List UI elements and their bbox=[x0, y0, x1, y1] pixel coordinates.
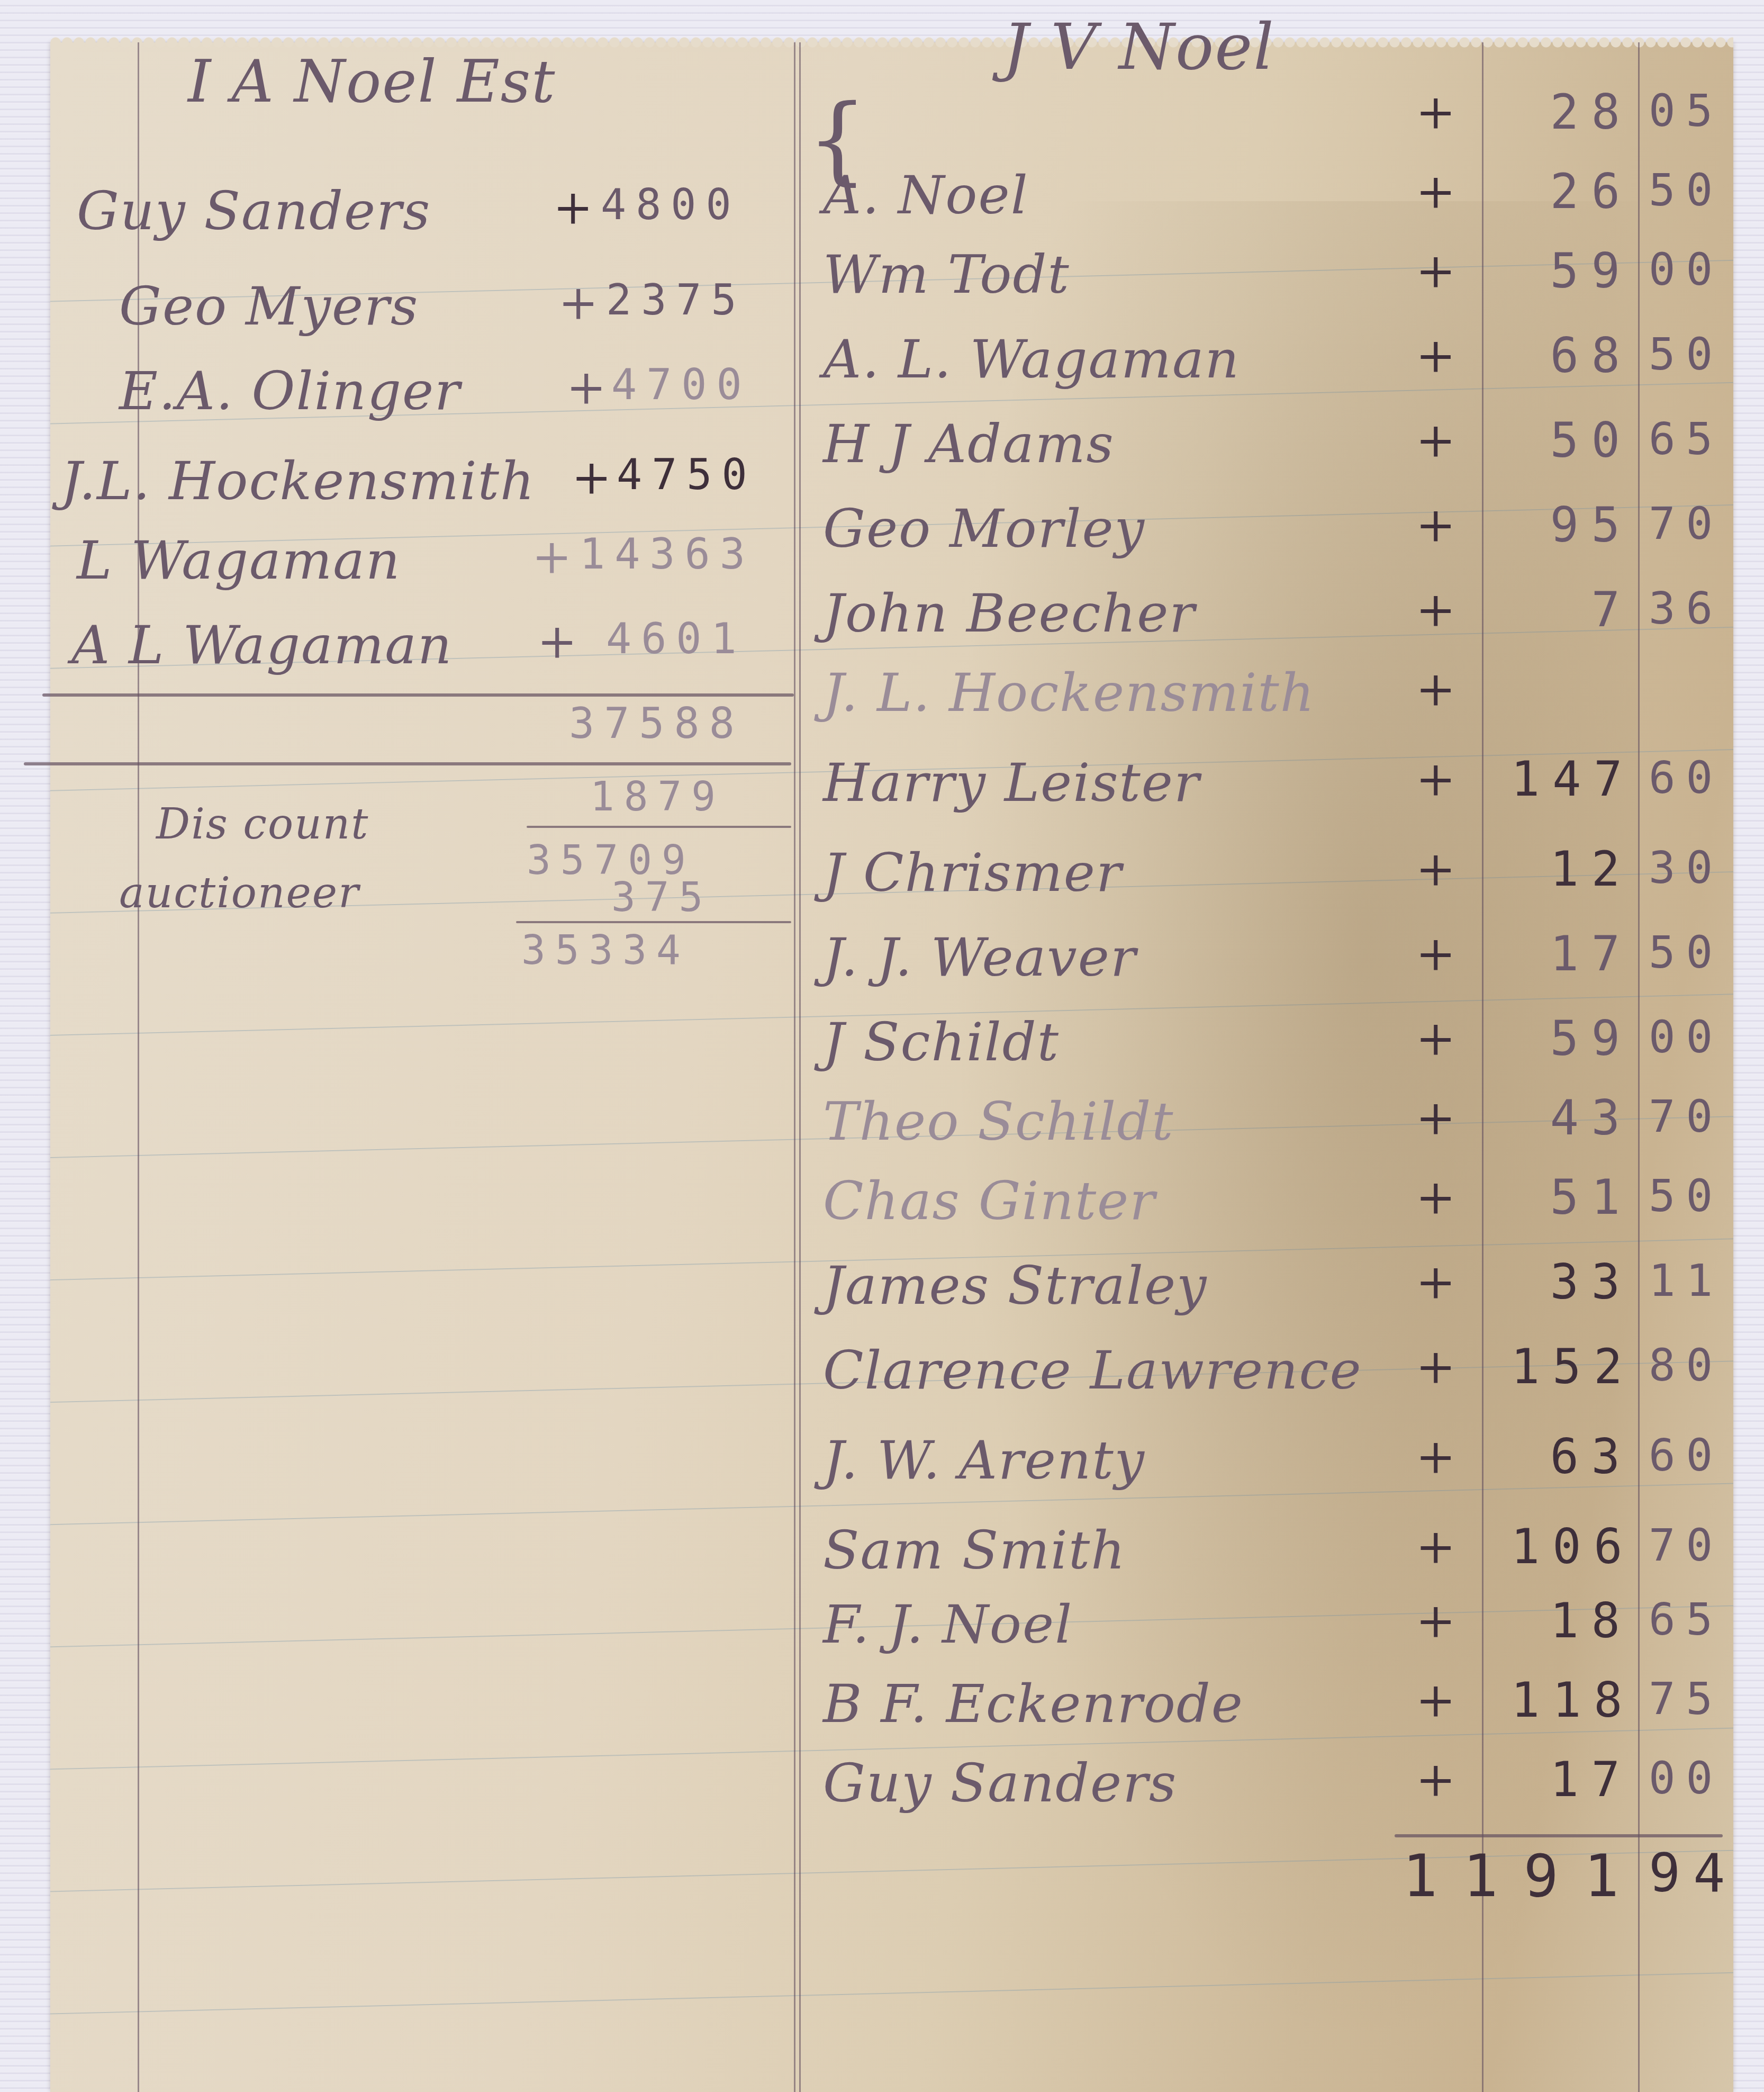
table-row: A. Noel+2650 bbox=[50, 164, 1733, 238]
entry-name: H J Adams bbox=[823, 413, 1115, 475]
right-heading: J V Noel bbox=[1003, 11, 1275, 84]
entry-cents: 70 bbox=[1649, 498, 1723, 549]
entry-cents: 75 bbox=[1649, 1673, 1723, 1725]
table-row: James Straley+3311 bbox=[50, 1255, 1733, 1329]
entry-name: A. L. Wagaman bbox=[823, 328, 1240, 390]
entry-name: J. J. Weaver bbox=[823, 926, 1137, 988]
table-row: J. L. Hockensmith+ bbox=[50, 662, 1733, 736]
table-row: J Chrismer+1230 bbox=[50, 842, 1733, 916]
entry-sign: + bbox=[1416, 85, 1457, 140]
entry-sign: + bbox=[1416, 1011, 1457, 1067]
entry-cents: 65 bbox=[1649, 1593, 1723, 1645]
entry-dollars: 18 bbox=[1511, 1593, 1633, 1649]
entry-sign: + bbox=[1416, 1593, 1457, 1649]
entry-sign: + bbox=[1416, 926, 1457, 982]
table-row: Geo Morley+9570 bbox=[50, 498, 1733, 572]
entry-name: Clarence Lawrence bbox=[823, 1339, 1362, 1401]
entry-dollars: 59 bbox=[1511, 244, 1633, 299]
entry-dollars: 7 bbox=[1511, 582, 1633, 638]
entry-cents: 70 bbox=[1649, 1090, 1723, 1142]
entry-sign: + bbox=[1416, 1090, 1457, 1146]
table-row: A. L. Wagaman+6850 bbox=[50, 328, 1733, 402]
entry-cents: 50 bbox=[1649, 1170, 1723, 1222]
total-dollars: 1191 bbox=[1403, 1842, 1644, 1910]
entry-sign: + bbox=[1416, 1752, 1457, 1808]
entry-cents: 36 bbox=[1649, 582, 1723, 634]
entry-dollars: 118 bbox=[1511, 1673, 1633, 1728]
entry-sign: + bbox=[1416, 752, 1457, 807]
entry-cents: 30 bbox=[1649, 842, 1723, 894]
entry-dollars: 33 bbox=[1511, 1255, 1633, 1310]
entry-name: James Straley bbox=[823, 1255, 1208, 1316]
entry-cents: 50 bbox=[1649, 926, 1723, 978]
entry-dollars: 63 bbox=[1511, 1429, 1633, 1485]
entry-sign: + bbox=[1416, 244, 1457, 299]
entry-name: Geo Morley bbox=[823, 498, 1145, 560]
entry-sign: + bbox=[1416, 164, 1457, 220]
entry-dollars: 43 bbox=[1511, 1090, 1633, 1146]
entry-cents: 11 bbox=[1649, 1255, 1723, 1306]
entry-cents: 80 bbox=[1649, 1339, 1723, 1391]
table-row: Sam Smith+10670 bbox=[50, 1519, 1733, 1593]
entry-name: Harry Leister bbox=[823, 752, 1200, 814]
entry-cents: 00 bbox=[1649, 1752, 1723, 1804]
entry-sign: + bbox=[1416, 1519, 1457, 1575]
entry-dollars: 59 bbox=[1511, 1011, 1633, 1067]
entry-sign: + bbox=[1416, 842, 1457, 897]
entry-cents: 70 bbox=[1649, 1519, 1723, 1571]
entry-dollars: 17 bbox=[1511, 1752, 1633, 1808]
entry-name: A. Noel bbox=[823, 164, 1029, 226]
total-cents: 94 bbox=[1649, 1842, 1738, 1904]
entry-sign: + bbox=[1416, 1429, 1457, 1485]
entry-sign: + bbox=[1416, 1170, 1457, 1225]
entry-name: J. W. Arenty bbox=[823, 1429, 1145, 1491]
entry-cents: 50 bbox=[1649, 328, 1723, 380]
entry-sign: + bbox=[1416, 498, 1457, 553]
table-row: F. J. Noel+1865 bbox=[50, 1593, 1733, 1667]
entry-name: Sam Smith bbox=[823, 1519, 1126, 1581]
entry-cents: 00 bbox=[1649, 1011, 1723, 1063]
entry-name: J Chrismer bbox=[823, 842, 1123, 904]
entry-dollars: 12 bbox=[1511, 842, 1633, 897]
entry-dollars: 152 bbox=[1511, 1339, 1633, 1395]
entry-cents: 05 bbox=[1649, 85, 1723, 137]
entry-dollars: 50 bbox=[1511, 413, 1633, 468]
entry-cents: 60 bbox=[1649, 752, 1723, 804]
entry-dollars: 28 bbox=[1511, 85, 1633, 140]
table-row: John Beecher+736 bbox=[50, 582, 1733, 656]
entry-name: J Schildt bbox=[823, 1011, 1060, 1073]
entry-name: Wm Todt bbox=[823, 244, 1070, 305]
entry-sign: + bbox=[1416, 662, 1457, 717]
table-row: J Schildt+5900 bbox=[50, 1011, 1733, 1085]
table-row: Theo Schildt+4370 bbox=[50, 1090, 1733, 1165]
entry-cents: 65 bbox=[1649, 413, 1723, 465]
entry-sign: + bbox=[1416, 1255, 1457, 1310]
ledger-page: I A Noel Est Guy Sanders + 4800 Geo Myer… bbox=[50, 42, 1733, 2092]
entry-dollars: 106 bbox=[1511, 1519, 1633, 1575]
table-row: B F. Eckenrode+11875 bbox=[50, 1673, 1733, 1747]
entry-dollars: 95 bbox=[1511, 498, 1633, 553]
table-row: Wm Todt+5900 bbox=[50, 244, 1733, 318]
entry-dollars: 51 bbox=[1511, 1170, 1633, 1225]
entry-sign: + bbox=[1416, 1673, 1457, 1728]
entry-name: Chas Ginter bbox=[823, 1170, 1156, 1232]
entry-sign: + bbox=[1416, 1339, 1457, 1395]
entry-cents: 60 bbox=[1649, 1429, 1723, 1481]
entry-sign: + bbox=[1416, 582, 1457, 638]
entry-name: John Beecher bbox=[823, 582, 1196, 644]
table-row: J. W. Arenty+6360 bbox=[50, 1429, 1733, 1503]
table-row: H J Adams+5065 bbox=[50, 413, 1733, 487]
table-row: Clarence Lawrence+15280 bbox=[50, 1339, 1733, 1413]
table-row: Guy Sanders+1700 bbox=[50, 1752, 1733, 1826]
table-row: +2805 bbox=[50, 85, 1733, 159]
entry-cents: 00 bbox=[1649, 244, 1723, 295]
entry-name: F. J. Noel bbox=[823, 1593, 1073, 1655]
entry-sign: + bbox=[1416, 328, 1457, 384]
entry-name: B F. Eckenrode bbox=[823, 1673, 1244, 1735]
entry-dollars: 17 bbox=[1511, 926, 1633, 982]
entry-cents: 50 bbox=[1649, 164, 1723, 216]
table-row: J. J. Weaver+1750 bbox=[50, 926, 1733, 1000]
entry-sign: + bbox=[1416, 413, 1457, 468]
table-row: Harry Leister+14760 bbox=[50, 752, 1733, 826]
entry-dollars: 68 bbox=[1511, 328, 1633, 384]
entry-name: J. L. Hockensmith bbox=[823, 662, 1315, 724]
entry-name: Theo Schildt bbox=[823, 1090, 1174, 1152]
table-row: Chas Ginter+5150 bbox=[50, 1170, 1733, 1244]
entry-dollars: 26 bbox=[1511, 164, 1633, 220]
entry-name: Guy Sanders bbox=[823, 1752, 1177, 1814]
entry-dollars: 147 bbox=[1511, 752, 1633, 807]
total-rule bbox=[1395, 1834, 1723, 1837]
